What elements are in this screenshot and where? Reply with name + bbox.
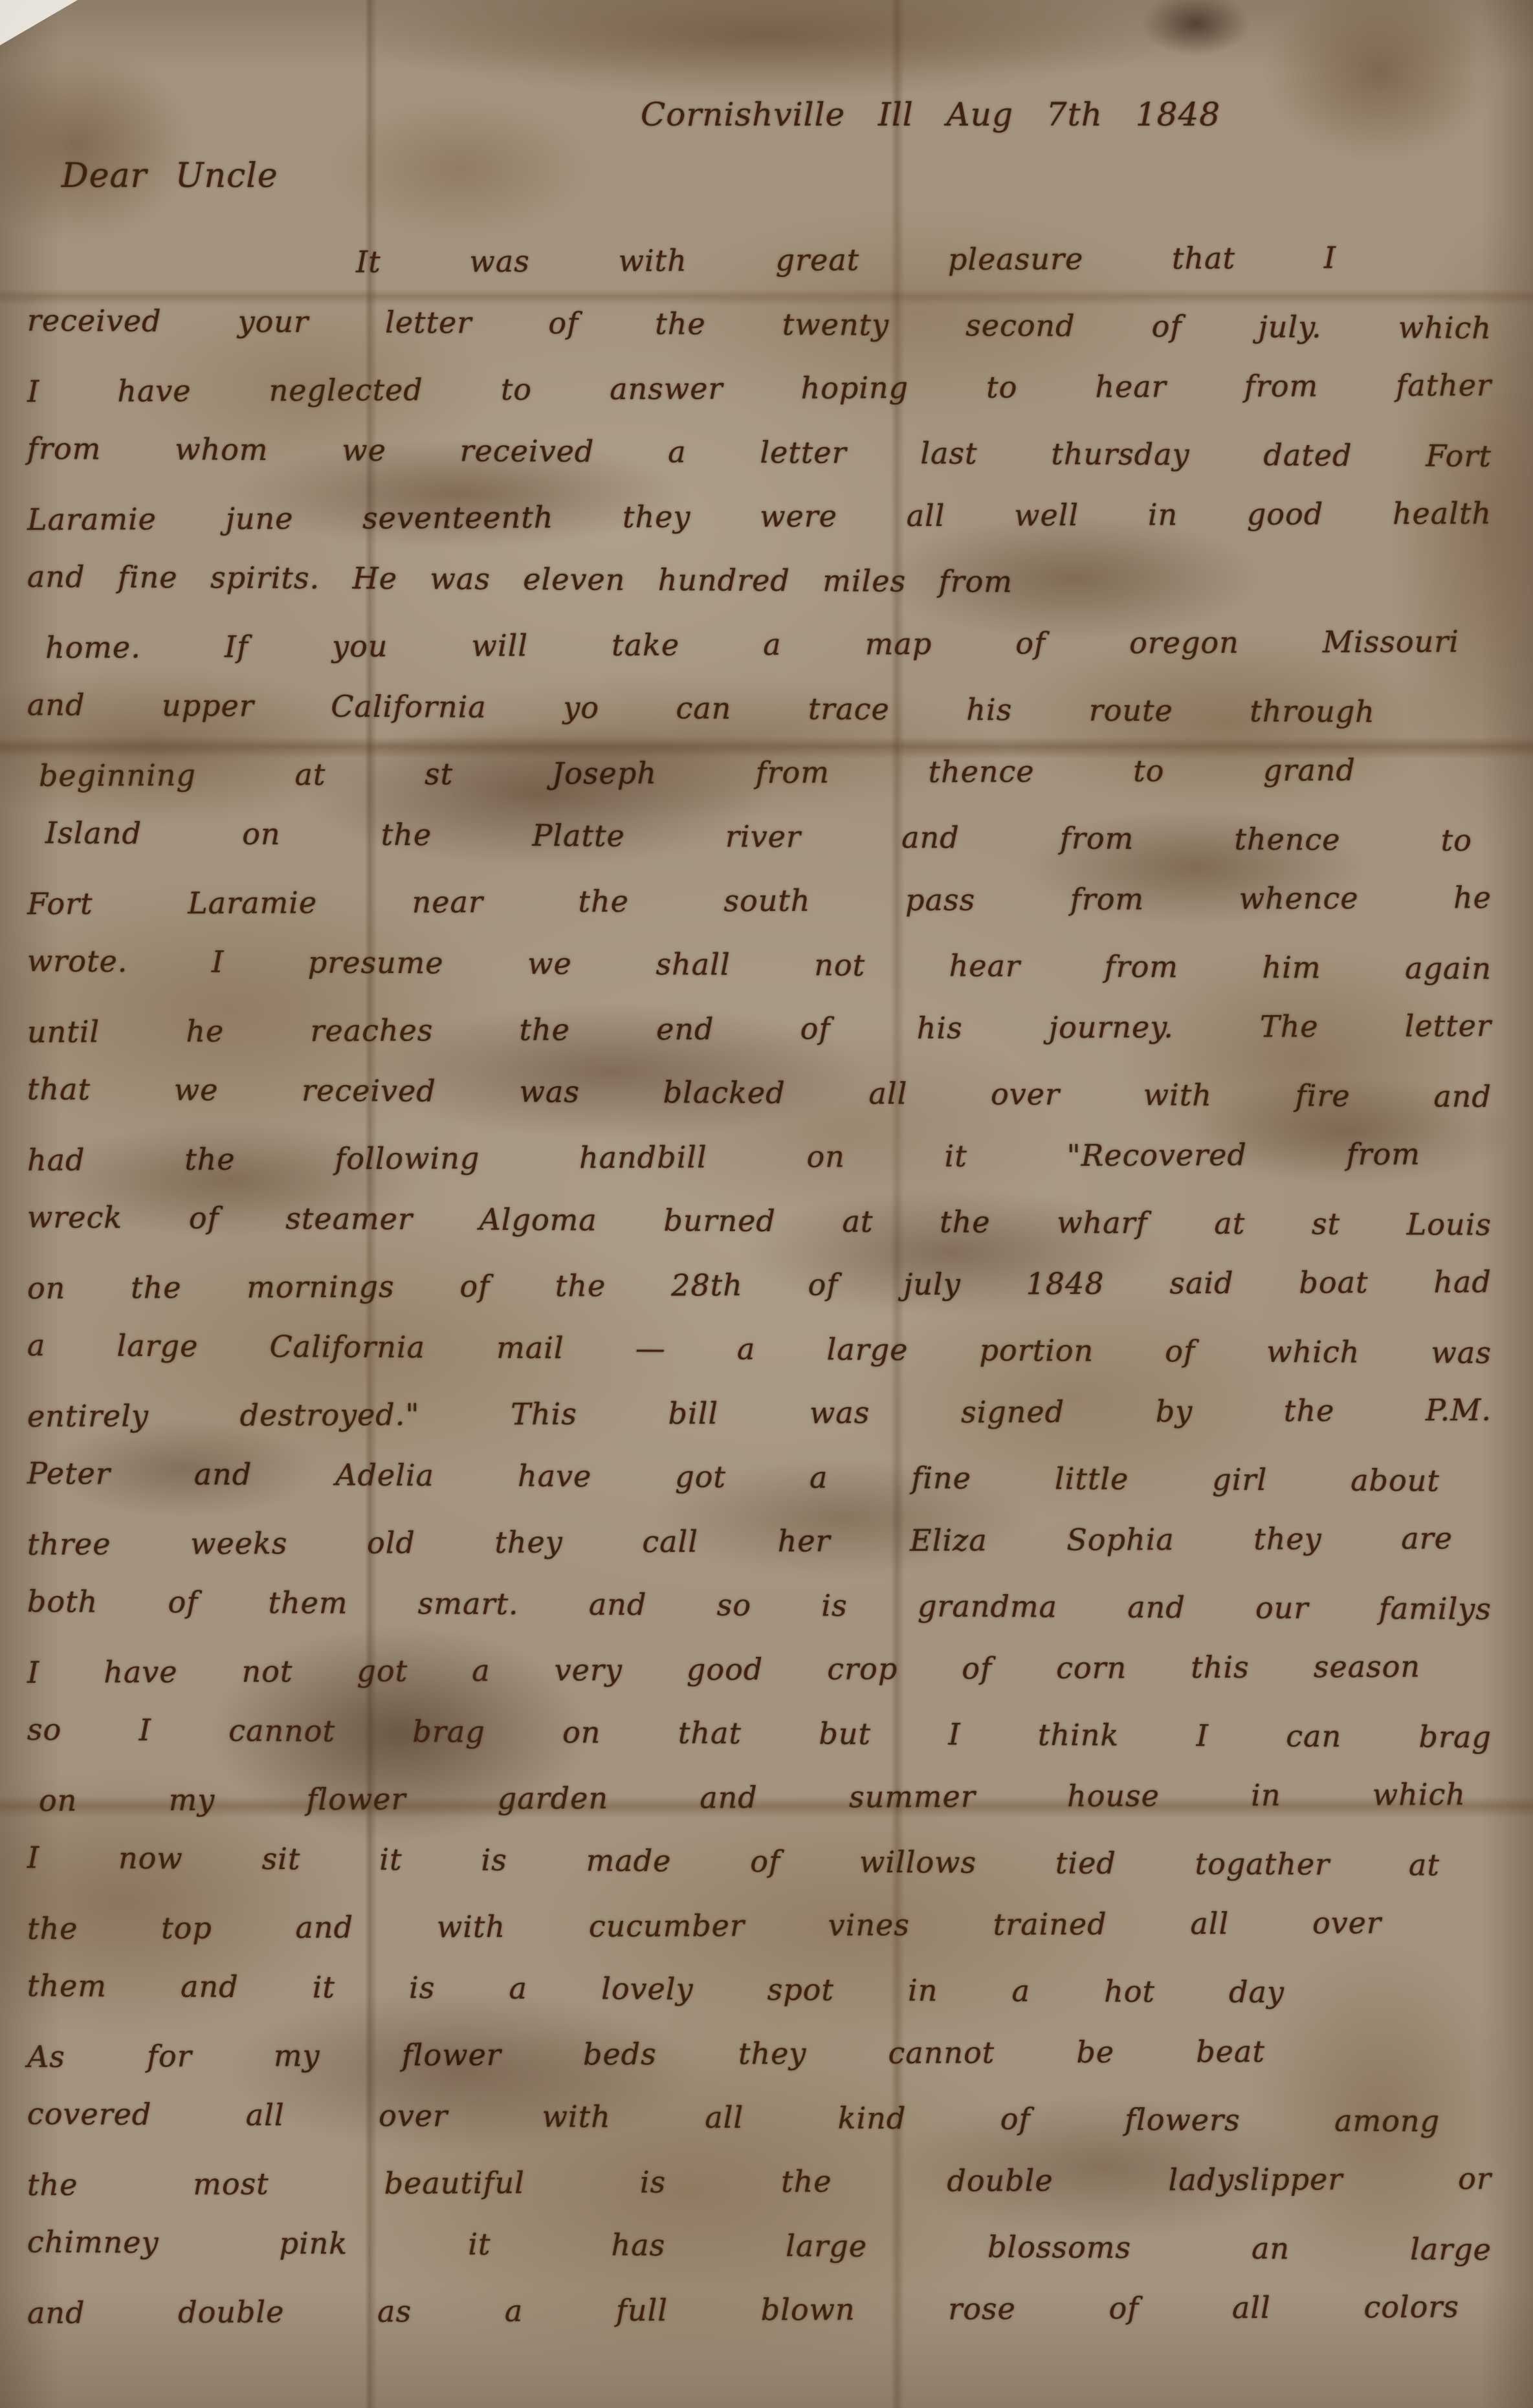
word: entirely xyxy=(27,1398,149,1434)
word: from xyxy=(1060,820,1134,856)
word: spirits. xyxy=(210,560,320,595)
word: father xyxy=(1396,367,1492,403)
letter-line: onthemorningsofthe28thofjuly1848saidboat… xyxy=(19,1249,1511,1320)
word: of xyxy=(962,1650,992,1685)
word: again xyxy=(1405,950,1492,986)
word: lovely xyxy=(601,1971,694,2006)
word: on xyxy=(39,1782,78,1817)
word: If xyxy=(225,629,248,664)
word: among xyxy=(1334,2103,1440,2138)
word: of xyxy=(1152,309,1182,344)
word: oregon xyxy=(1129,624,1239,660)
word: hundred xyxy=(658,562,790,598)
word: chimney xyxy=(27,2224,159,2260)
word: day xyxy=(1229,1974,1285,2009)
word: I xyxy=(212,944,224,979)
word: from xyxy=(938,564,1013,599)
word: our xyxy=(1255,1590,1309,1625)
word: dated xyxy=(1263,437,1352,473)
word: whom xyxy=(175,432,269,467)
word: all xyxy=(705,2099,744,2134)
word: to xyxy=(501,371,532,406)
word: I xyxy=(27,1840,39,1875)
word: cucumber xyxy=(589,1908,745,1943)
word: garden xyxy=(498,1780,608,1816)
word: we xyxy=(342,432,386,467)
word: home. xyxy=(45,629,141,665)
word: miles xyxy=(822,563,906,598)
word: house xyxy=(1067,1778,1160,1813)
word: flower xyxy=(306,1781,406,1817)
word: The xyxy=(1260,1009,1319,1044)
word: both xyxy=(27,1584,98,1619)
letter-line: soIcannotbragonthatbutIthinkIcanbrag xyxy=(19,1697,1511,1769)
word: flower xyxy=(402,2037,502,2072)
word: and xyxy=(27,559,85,594)
word: all xyxy=(868,1075,907,1110)
word: large xyxy=(786,2228,867,2264)
word: little xyxy=(1055,1461,1129,1496)
word: all xyxy=(246,2097,285,2132)
word: have xyxy=(117,373,192,408)
word: over xyxy=(1312,1905,1382,1940)
word: a xyxy=(1011,1973,1030,2008)
word: st xyxy=(425,756,453,791)
word: letter xyxy=(385,304,472,340)
word: on xyxy=(562,1714,601,1749)
word: thence xyxy=(928,754,1034,789)
word: are xyxy=(1401,1520,1453,1555)
word: beat xyxy=(1196,2033,1265,2068)
word: has xyxy=(611,2227,665,2262)
word: can xyxy=(1286,1718,1341,1753)
letter-line: untilhereachestheendofhisjourney.Thelett… xyxy=(19,993,1511,1064)
word: of xyxy=(168,1584,198,1619)
word: think xyxy=(1038,1717,1119,1753)
word: girl xyxy=(1212,1461,1267,1496)
word: old xyxy=(367,1525,415,1560)
word: familys xyxy=(1379,1590,1492,1626)
word: 1848 xyxy=(1026,1265,1104,1301)
word: covered xyxy=(27,2096,152,2132)
word: from xyxy=(27,431,102,466)
word: a xyxy=(472,1652,491,1687)
word: good xyxy=(687,1652,764,1687)
word: river xyxy=(725,818,801,854)
word: through xyxy=(1250,693,1375,728)
word: vines xyxy=(828,1907,910,1943)
word: is xyxy=(640,2164,667,2199)
word: which xyxy=(1398,310,1492,345)
word: from xyxy=(1105,948,1179,984)
word: grand xyxy=(1263,752,1356,788)
word: large xyxy=(826,1331,908,1367)
word: upper xyxy=(162,688,254,723)
word: double xyxy=(178,2294,284,2330)
word: him xyxy=(1263,950,1321,985)
word: about xyxy=(1351,1462,1440,1498)
word: this xyxy=(1191,1649,1250,1684)
word: of xyxy=(1015,626,1046,661)
word: and xyxy=(181,1969,239,2004)
word: blossoms xyxy=(987,2229,1131,2264)
word: was xyxy=(430,561,491,596)
word: so xyxy=(717,1587,752,1622)
word: and xyxy=(194,1456,252,1491)
word: in xyxy=(1251,1777,1281,1812)
scanned-letter-page: Cornishville Ill Aug 7th 1848 Dear Uncle… xyxy=(0,0,1533,2408)
word: Joseph xyxy=(552,755,657,791)
word: trace xyxy=(808,691,890,727)
word: three xyxy=(27,1526,111,1562)
word: them xyxy=(27,1968,107,2004)
word: full xyxy=(616,2292,668,2327)
word: map xyxy=(865,626,932,661)
word: until xyxy=(27,1014,100,1049)
word: got xyxy=(357,1653,408,1688)
word: and xyxy=(27,687,85,722)
word: pink xyxy=(279,2226,347,2261)
word: the xyxy=(781,2163,832,2198)
word: grandma xyxy=(918,1588,1057,1624)
word: were xyxy=(760,498,837,534)
word: had xyxy=(27,1142,85,1177)
word: Fort xyxy=(27,886,93,921)
scan-corner-artifact xyxy=(0,0,78,45)
word: bill xyxy=(668,1396,718,1430)
word: a xyxy=(505,2293,524,2328)
word: but xyxy=(819,1716,871,1751)
word: I xyxy=(1197,1718,1209,1753)
word: and xyxy=(295,1909,353,1944)
word: and xyxy=(700,1780,758,1815)
word: over xyxy=(991,1076,1060,1111)
letter-salutation: Dear Uncle xyxy=(61,157,278,195)
word: my xyxy=(169,1782,215,1817)
word: whence xyxy=(1239,880,1359,915)
word: beautiful xyxy=(384,2165,525,2200)
word: made xyxy=(586,1843,672,1878)
word: by xyxy=(1156,1394,1193,1428)
letter-line: thatwereceivedwasblackedalloverwithfirea… xyxy=(19,1056,1511,1128)
word: Louis xyxy=(1407,1207,1492,1242)
word: brag xyxy=(1419,1719,1492,1755)
letter-line: andfinespirits.Hewaselevenhundredmilesfr… xyxy=(19,544,1511,616)
word: Platte xyxy=(532,818,625,853)
word: at xyxy=(1409,1847,1440,1882)
word: very xyxy=(555,1652,623,1687)
word: — xyxy=(635,1330,666,1365)
word: from xyxy=(1070,881,1145,916)
word: on xyxy=(806,1139,845,1174)
letter-line: PeterandAdeliahavegotafinelittlegirlabou… xyxy=(19,1441,1511,1513)
word: togather xyxy=(1195,1846,1330,1881)
word: As xyxy=(27,2039,65,2074)
word: 28th xyxy=(671,1267,743,1302)
word: Adelia xyxy=(335,1457,434,1493)
word: not xyxy=(241,1654,292,1689)
word: blacked xyxy=(663,1075,786,1110)
word: I xyxy=(1324,240,1336,275)
word: from xyxy=(1244,368,1319,403)
letter-line: onmyflowergardenandsummerhouseinwhich xyxy=(19,1762,1511,1832)
word: most xyxy=(193,2166,269,2202)
letter-line: chimneypinkithaslargeblossomsanlarge xyxy=(19,2209,1511,2281)
word: eleven xyxy=(523,562,625,597)
word: said xyxy=(1169,1265,1233,1300)
word: we xyxy=(527,946,572,981)
word: Sophia xyxy=(1066,1522,1175,1557)
word: st xyxy=(1312,1206,1340,1241)
word: well xyxy=(1014,497,1079,532)
word: destroyed." xyxy=(240,1397,420,1432)
word: the xyxy=(940,1204,991,1239)
word: journey. xyxy=(1049,1009,1174,1045)
word: was xyxy=(1431,1335,1492,1370)
word: mail xyxy=(496,1330,564,1365)
word: I xyxy=(948,1716,960,1751)
word: had xyxy=(1433,1264,1492,1299)
word: shall xyxy=(656,947,730,982)
letter-line: wrote.Ipresumeweshallnothearfromhimagain xyxy=(19,928,1511,1000)
word: the xyxy=(27,1910,78,1945)
word: and xyxy=(1433,1078,1492,1113)
word: all xyxy=(907,498,945,532)
word: be xyxy=(1076,2034,1114,2069)
word: hear xyxy=(949,948,1021,983)
word: This xyxy=(511,1396,577,1431)
word: spot xyxy=(767,1972,835,2008)
word: summer xyxy=(849,1779,976,1814)
letter-line: threeweeksoldtheycallherElizaSophiatheya… xyxy=(19,1505,1511,1576)
word: received xyxy=(460,433,595,468)
letter-line: bothofthemsmart.andsoisgrandmaandourfami… xyxy=(19,1569,1511,1641)
word: in xyxy=(1148,497,1178,532)
letter-line: thetopandwithcucumbervinestrainedallover xyxy=(19,1890,1511,1960)
word: you xyxy=(332,628,388,663)
letter-line: Ihavenotgotaverygoodcropofcornthisseason xyxy=(19,1634,1511,1704)
word: boat xyxy=(1299,1264,1368,1299)
word: sit xyxy=(262,1841,301,1876)
word: mornings xyxy=(247,1269,395,1304)
word: is xyxy=(481,1842,507,1877)
word: presume xyxy=(308,945,444,980)
word: a xyxy=(810,1460,828,1494)
word: yo xyxy=(563,690,599,725)
word: of xyxy=(1165,1333,1195,1368)
word: all xyxy=(1232,2290,1271,2325)
word: Fort xyxy=(1426,438,1492,474)
letter-dateline: Cornishville Ill Aug 7th 1848 xyxy=(641,96,1288,133)
word: of xyxy=(808,1267,838,1302)
word: not xyxy=(814,947,865,982)
word: to xyxy=(1441,822,1472,857)
word: of xyxy=(1108,2290,1139,2325)
word: received xyxy=(27,303,162,338)
word: a xyxy=(668,434,687,469)
word: they xyxy=(494,1524,563,1559)
word: of xyxy=(548,305,579,340)
word: he xyxy=(1453,880,1492,915)
word: he xyxy=(186,1013,224,1048)
word: it xyxy=(944,1138,967,1173)
word: it xyxy=(468,2226,491,2261)
word: the xyxy=(1284,1393,1335,1428)
word: fine xyxy=(118,559,178,594)
word: cannot xyxy=(888,2035,995,2070)
letter-line: hadthefollowinghandbillonit"Recoveredfro… xyxy=(19,1121,1511,1192)
word: brag xyxy=(412,1714,485,1749)
word: Peter xyxy=(27,1456,111,1491)
word: end xyxy=(656,1011,714,1046)
word: which xyxy=(1373,1777,1466,1812)
word: a xyxy=(27,1328,46,1363)
letter-line: Asformyflowerbedstheycannotbebeat xyxy=(19,2018,1511,2088)
word: good xyxy=(1247,496,1324,532)
letter-line: IslandonthePlatteriverandfromthenceto xyxy=(19,800,1511,872)
word: july. xyxy=(1258,309,1321,344)
word: great xyxy=(775,242,859,278)
word: second xyxy=(965,307,1075,343)
word: will xyxy=(471,628,528,662)
letter-line: FortLaramienearthesouthpassfromwhencehe xyxy=(19,865,1511,936)
word: on xyxy=(242,816,281,851)
word: was xyxy=(469,243,530,278)
word: He xyxy=(353,560,398,595)
word: call xyxy=(642,1524,698,1559)
word: his xyxy=(917,1010,963,1045)
word: south xyxy=(723,882,810,918)
word: season xyxy=(1314,1648,1420,1684)
word: following xyxy=(335,1140,480,1176)
word: was xyxy=(519,1074,580,1109)
word: take xyxy=(612,627,679,662)
letter-line: fromwhomwereceivedaletterlastthursdaydat… xyxy=(19,416,1511,488)
word: was xyxy=(810,1395,870,1430)
letter-line: Laramiejuneseventeenththeywereallwelling… xyxy=(19,481,1511,551)
word: neglected xyxy=(269,372,423,408)
word: beginning xyxy=(39,757,196,793)
letter-line: alargeCaliforniamail—alargeportionofwhic… xyxy=(19,1313,1511,1385)
word: I xyxy=(27,1654,39,1689)
word: answer xyxy=(610,371,723,406)
word: steamer xyxy=(285,1201,413,1236)
letter-line: entirelydestroyed."Thisbillwassignedbyth… xyxy=(19,1377,1511,1448)
word: of xyxy=(1000,2101,1031,2136)
word: as xyxy=(377,2293,412,2328)
letter-line: themanditisalovelyspotinahotday xyxy=(19,1953,1511,2025)
word: It xyxy=(356,244,381,279)
word: trained xyxy=(993,1906,1107,1942)
word: an xyxy=(1252,2230,1290,2265)
word: in xyxy=(908,1973,938,2008)
word: from xyxy=(755,754,830,789)
word: signed xyxy=(961,1394,1064,1429)
word: flowers xyxy=(1125,2101,1241,2137)
word: the xyxy=(555,1268,606,1303)
word: thence xyxy=(1234,821,1340,857)
word: is xyxy=(821,1588,848,1623)
word: they xyxy=(1253,1521,1322,1556)
letter-line: andupperCaliforniayocantracehisroutethro… xyxy=(19,672,1511,744)
word: near xyxy=(412,884,484,919)
word: is xyxy=(409,1970,436,2005)
word: beds xyxy=(583,2036,657,2071)
word: my xyxy=(274,2038,320,2073)
word: Missouri xyxy=(1323,624,1459,659)
word: double xyxy=(947,2163,1053,2198)
word: now xyxy=(118,1840,183,1876)
word: june xyxy=(226,501,294,536)
word: a xyxy=(763,626,782,661)
word: Algoma xyxy=(480,1201,597,1237)
word: july xyxy=(903,1266,961,1301)
word: top xyxy=(161,1910,212,1945)
word: of xyxy=(459,1268,490,1303)
letter-line: anddoubleasafullblownroseofallcolors xyxy=(19,2274,1511,2345)
word: P.M. xyxy=(1426,1392,1492,1427)
word: her xyxy=(778,1523,831,1558)
word: the xyxy=(131,1269,182,1304)
word: have xyxy=(104,1654,178,1689)
word: his xyxy=(966,692,1012,727)
word: over xyxy=(379,2097,448,2133)
word: your xyxy=(238,303,309,339)
word: got xyxy=(675,1459,726,1494)
word: pass xyxy=(905,882,975,917)
word: and xyxy=(589,1586,647,1621)
word: reaches xyxy=(310,1012,433,1048)
word: California xyxy=(331,688,487,724)
letter-line: Inowsititismadeofwillowstiedtogatherat xyxy=(19,1825,1511,1897)
word: wreck xyxy=(27,1199,123,1235)
letter-line: themostbeautifulisthedoubleladyslipperor xyxy=(19,2146,1511,2216)
word: of xyxy=(189,1200,219,1235)
word: to xyxy=(1133,753,1164,788)
word: California xyxy=(269,1328,425,1364)
word: tied xyxy=(1055,1845,1116,1880)
word: blown xyxy=(761,2292,855,2327)
word: or xyxy=(1458,2161,1492,2196)
word: at xyxy=(294,756,325,791)
word: it xyxy=(379,1841,402,1876)
word: letter xyxy=(760,434,846,470)
word: smart. xyxy=(418,1586,519,1621)
word: which xyxy=(1266,1334,1360,1370)
word: with xyxy=(619,243,687,278)
word: I xyxy=(139,1712,151,1747)
word: the xyxy=(519,1012,570,1047)
word: weeks xyxy=(190,1526,288,1561)
word: for xyxy=(147,2038,192,2073)
word: seventeenth xyxy=(362,499,554,535)
word: crop xyxy=(827,1651,898,1686)
word: all xyxy=(1190,1905,1229,1940)
word: that xyxy=(27,1071,91,1107)
word: fire xyxy=(1296,1078,1351,1113)
word: the xyxy=(655,306,706,341)
word: kind xyxy=(838,2100,907,2136)
word: from xyxy=(1346,1136,1420,1171)
word: handbill xyxy=(579,1139,707,1175)
word: health xyxy=(1393,496,1492,531)
word: at xyxy=(1214,1205,1245,1240)
word: I xyxy=(27,373,39,408)
word: portion xyxy=(979,1332,1094,1368)
word: wharf xyxy=(1057,1205,1148,1240)
word: a xyxy=(509,1970,527,2005)
word: wrote. xyxy=(27,943,128,979)
